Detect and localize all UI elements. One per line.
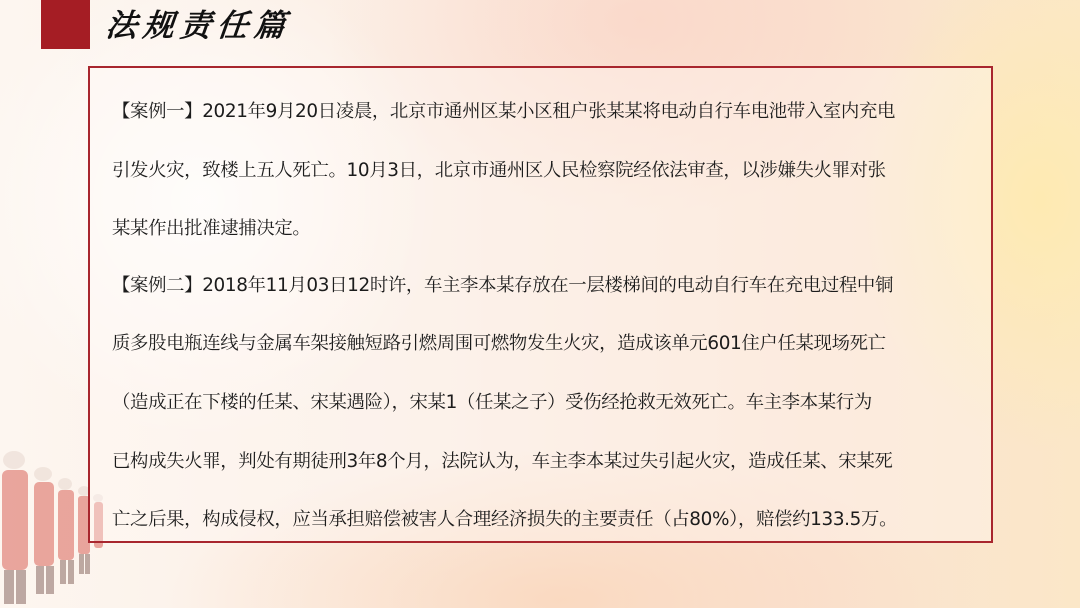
case-text-line: 【案例一】2021年9月20日凌晨，北京市通州区某小区租户张某某将电动自行车电池…	[112, 99, 895, 125]
case-text-line: 【案例二】2018年11月03日12时许，车主李本某存放在一层楼梯间的电动自行车…	[112, 273, 893, 299]
case-text-line: 引发火灾，致楼上五人死亡。10月3日，北京市通州区人民检察院经依法审查，以涉嫌失…	[112, 158, 886, 184]
case-text-line: 亡之后果，构成侵权，应当承担赔偿被害人合理经济损失的主要责任（占80%），赔偿约…	[112, 507, 897, 533]
case-text-line: 已构成失火罪，判处有期徒刑3年8个月，法院认为，车主李本某过失引起火灾，造成任某…	[112, 449, 892, 475]
case-text-line: 质多股电瓶连线与金属车架接触短路引燃周围可燃物发生火灾，造成该单元601住户任某…	[112, 331, 886, 357]
title-accent-block	[41, 0, 90, 49]
case-text-line: （造成正在下楼的任某、宋某遇险），宋某1（任某之子）受伤经抢救无效死亡。车主李本…	[112, 390, 872, 416]
page-title: 法规责任篇	[104, 6, 293, 46]
case-text-line: 某某作出批准逮捕决定。	[112, 216, 310, 242]
